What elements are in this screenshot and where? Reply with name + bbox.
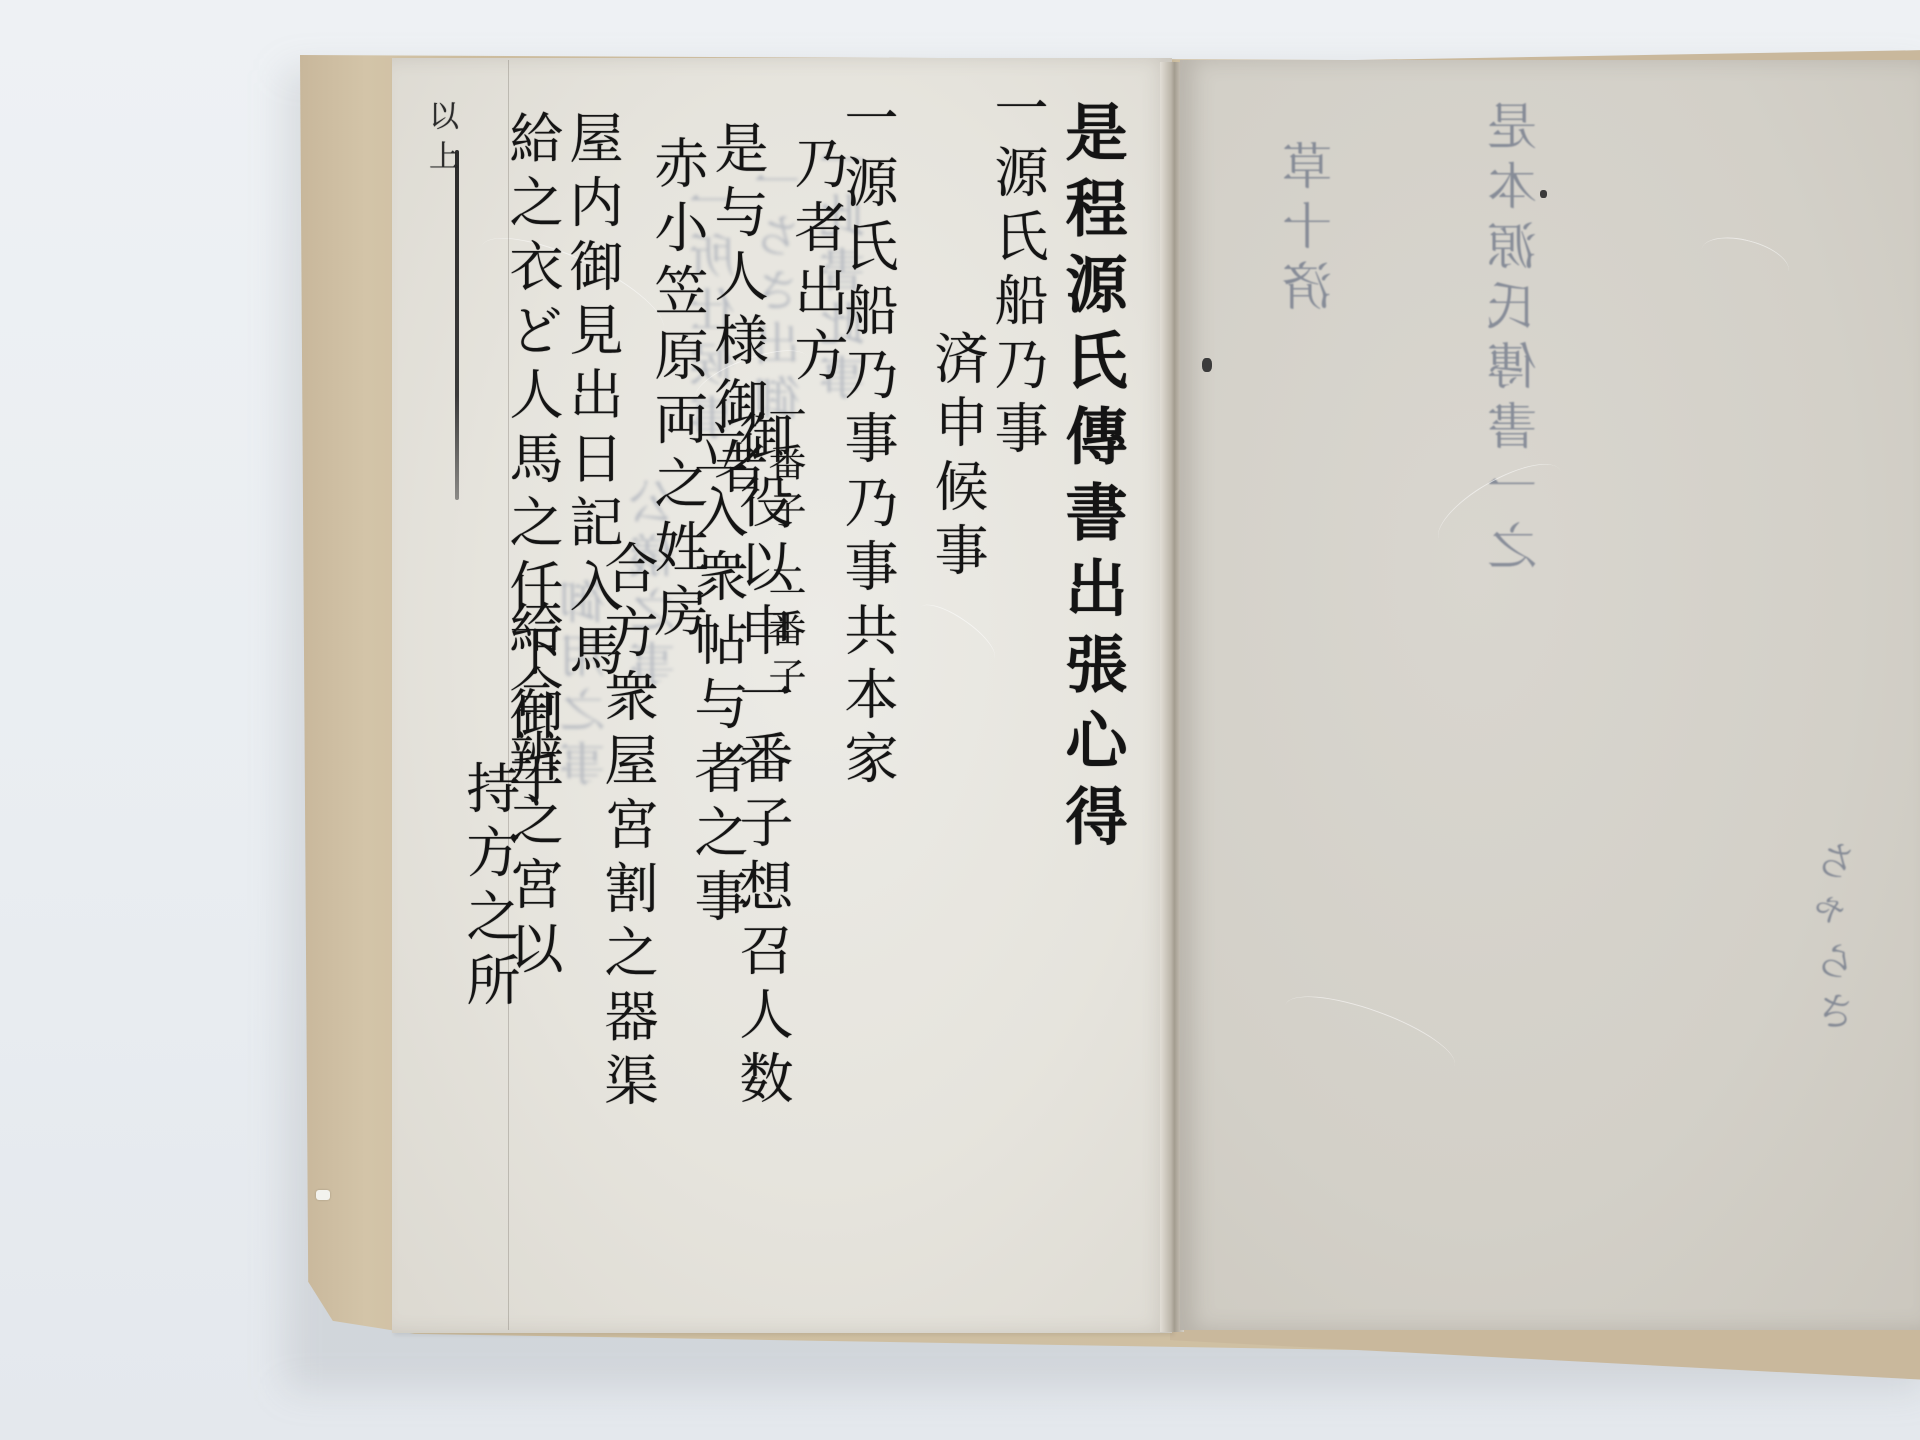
text-column-1: 一源氏船乃事: [990, 80, 1044, 464]
paper-fiber: [1696, 229, 1794, 292]
ink-speck: [1540, 190, 1547, 198]
title-column: 是程源氏傳書出張心得: [1060, 100, 1122, 860]
bleed-through-column-1: 草十済: [1275, 140, 1347, 320]
text-column-2: 済申候事: [930, 330, 984, 586]
right-page: 草十済 是本源氏傳書一之 ちゃらさ: [1180, 60, 1920, 1330]
text-column-4: 乃者出方: [790, 135, 844, 391]
bleed-through-column-3: ちゃらさ: [1810, 840, 1867, 1040]
text-column-8: 是与人様御者: [710, 120, 764, 504]
text-column-14: 持方之所: [462, 760, 516, 1016]
text-column-13: 給之衣ど人馬之任下御手: [505, 110, 559, 814]
paper-fiber: [1277, 981, 1464, 1090]
margin-note: 以上: [425, 100, 455, 180]
ink-speck: [1202, 358, 1212, 372]
text-column-11: 屋内御見出日記入馬: [565, 110, 619, 686]
binding-thread: [316, 1190, 330, 1200]
margin-ink-stroke: [455, 150, 459, 500]
paper-fiber: [911, 595, 1003, 672]
